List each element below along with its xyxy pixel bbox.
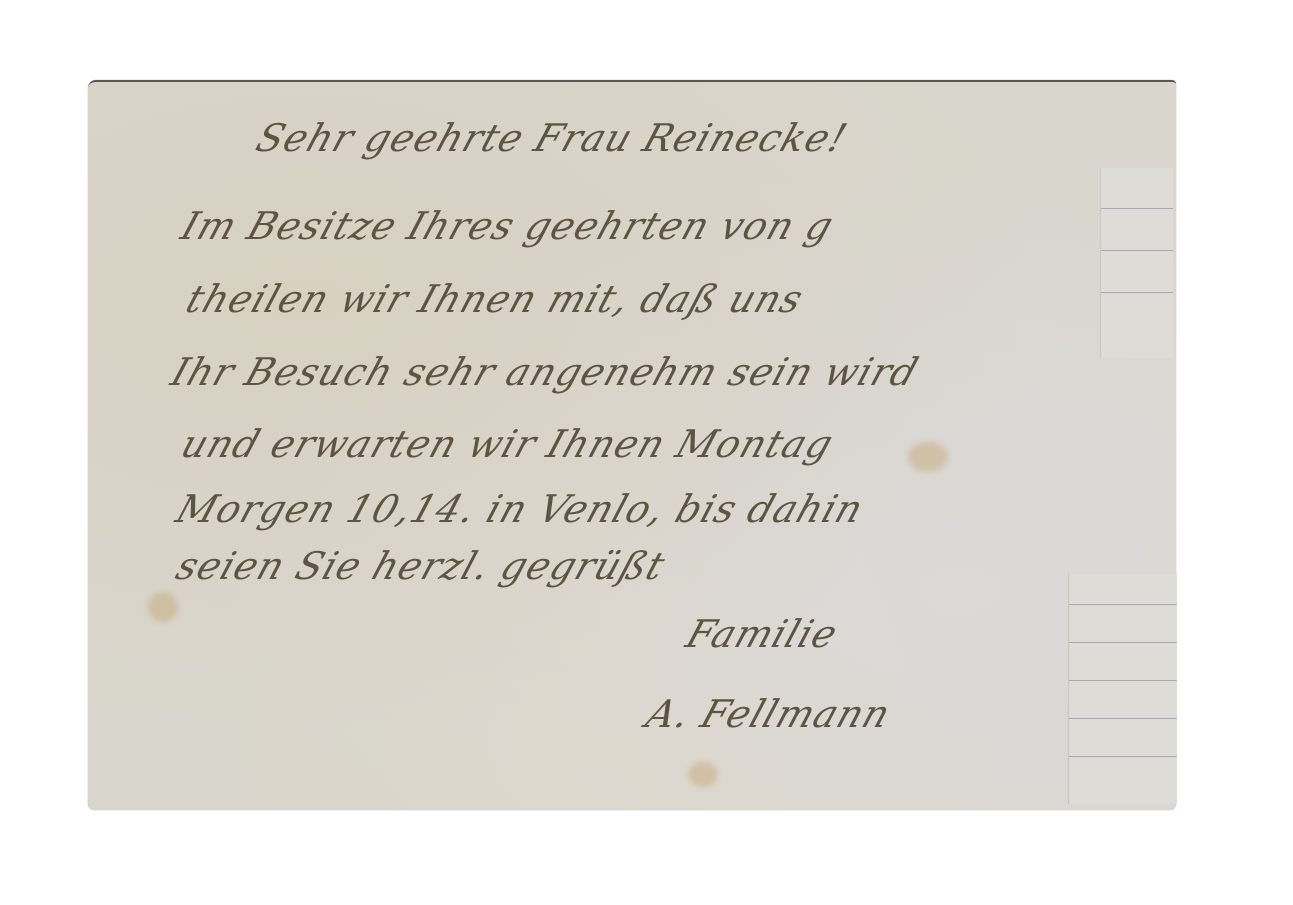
stain xyxy=(688,762,718,787)
letter-line-5: und erwarten wir Ihnen Montag xyxy=(176,422,839,466)
letter-line-2: Im Besitze Ihres geehrten von g xyxy=(176,204,840,248)
postcard: Sehr geehrte Frau Reinecke! Im Besitze I… xyxy=(88,80,1176,810)
stain xyxy=(908,442,948,472)
closing-text: Familie xyxy=(681,612,844,656)
letter-line-7: seien Sie herzl. gegrüßt xyxy=(171,544,671,588)
salutation-line: Sehr geehrte Frau Reinecke! xyxy=(251,116,853,160)
signature: A. Fellmann xyxy=(641,692,897,736)
letter-line-3: theilen wir Ihnen mit, daß uns xyxy=(181,277,809,321)
ruled-paper-strip-top xyxy=(1100,168,1173,358)
letter-line-6: Morgen 10,14. in Venlo, bis dahin xyxy=(171,487,870,531)
letter-line-4: Ihr Besuch sehr angenehm sein wird xyxy=(166,350,924,394)
ruled-paper-strip-bottom xyxy=(1068,574,1177,804)
stain xyxy=(148,592,178,622)
